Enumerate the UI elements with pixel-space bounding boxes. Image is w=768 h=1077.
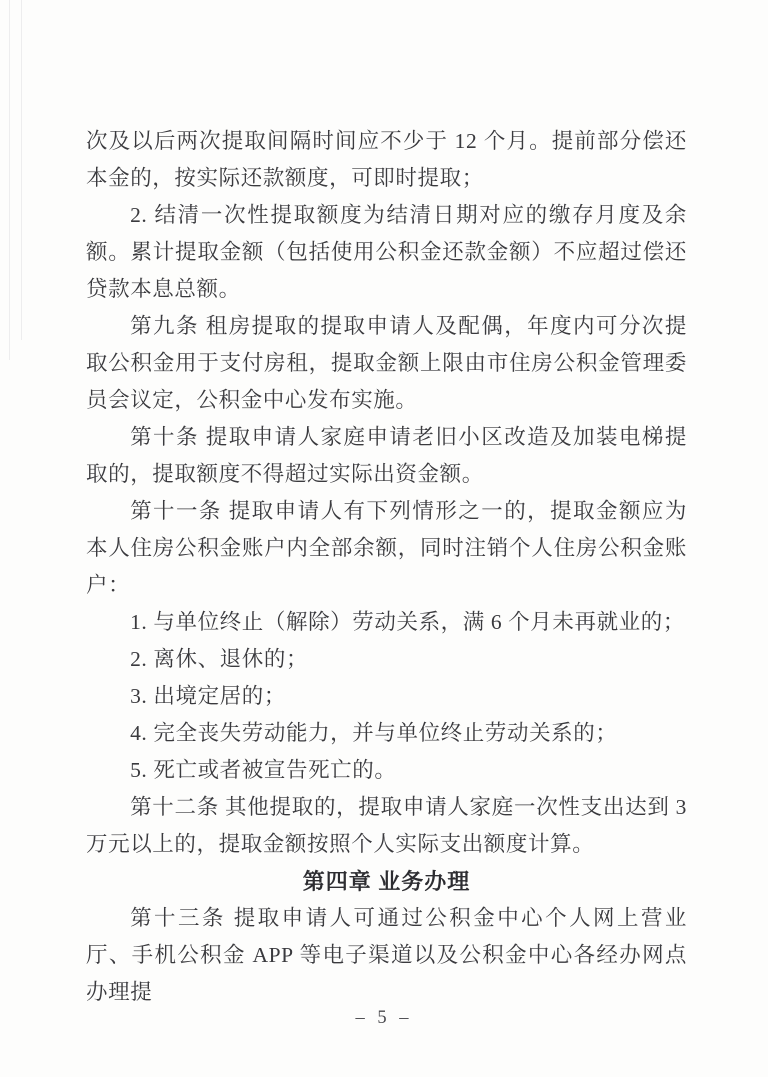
chapter-heading: 第四章 业务办理 <box>86 863 687 900</box>
scan-artifact <box>21 0 22 340</box>
paragraph-article-12: 第十二条 其他提取的，提取申请人家庭一次性支出达到 3 万元以上的，提取金额按照… <box>86 789 687 863</box>
page-number: – 5 – <box>0 1003 768 1033</box>
paragraph-list-item-1: 1. 与单位终止（解除）劳动关系，满 6 个月未再就业的； <box>86 604 687 641</box>
paragraph-list-item-3: 3. 出境定居的； <box>86 678 687 715</box>
paragraph-list-item-4: 4. 完全丧失劳动能力，并与单位终止劳动关系的； <box>86 715 687 752</box>
document-page: 次及以后两次提取间隔时间应不少于 12 个月。提前部分偿还本金的，按实际还款额度… <box>0 0 768 1077</box>
paragraph-article-11: 第十一条 提取申请人有下列情形之一的，提取金额应为本人住房公积金账户内全部余额，… <box>86 493 687 604</box>
paragraph-list-item-2: 2. 离休、退休的； <box>86 641 687 678</box>
paragraph-item-2-settlement: 2. 结清一次性提取额度为结清日期对应的缴存月度及余额。累计提取金额（包括使用公… <box>86 197 687 308</box>
paragraph-article-10: 第十条 提取申请人家庭申请老旧小区改造及加装电梯提取的，提取额度不得超过实际出资… <box>86 419 687 493</box>
paragraph-article-13: 第十三条 提取申请人可通过公积金中心个人网上营业厅、手机公积金 APP 等电子渠… <box>86 900 687 1011</box>
paragraph-continuation: 次及以后两次提取间隔时间应不少于 12 个月。提前部分偿还本金的，按实际还款额度… <box>86 123 687 197</box>
scan-artifact <box>9 0 10 360</box>
paragraph-list-item-5: 5. 死亡或者被宣告死亡的。 <box>86 752 687 789</box>
paragraph-article-9: 第九条 租房提取的提取申请人及配偶，年度内可分次提取公积金用于支付房租，提取金额… <box>86 308 687 419</box>
document-body: 次及以后两次提取间隔时间应不少于 12 个月。提前部分偿还本金的，按实际还款额度… <box>86 123 687 1011</box>
